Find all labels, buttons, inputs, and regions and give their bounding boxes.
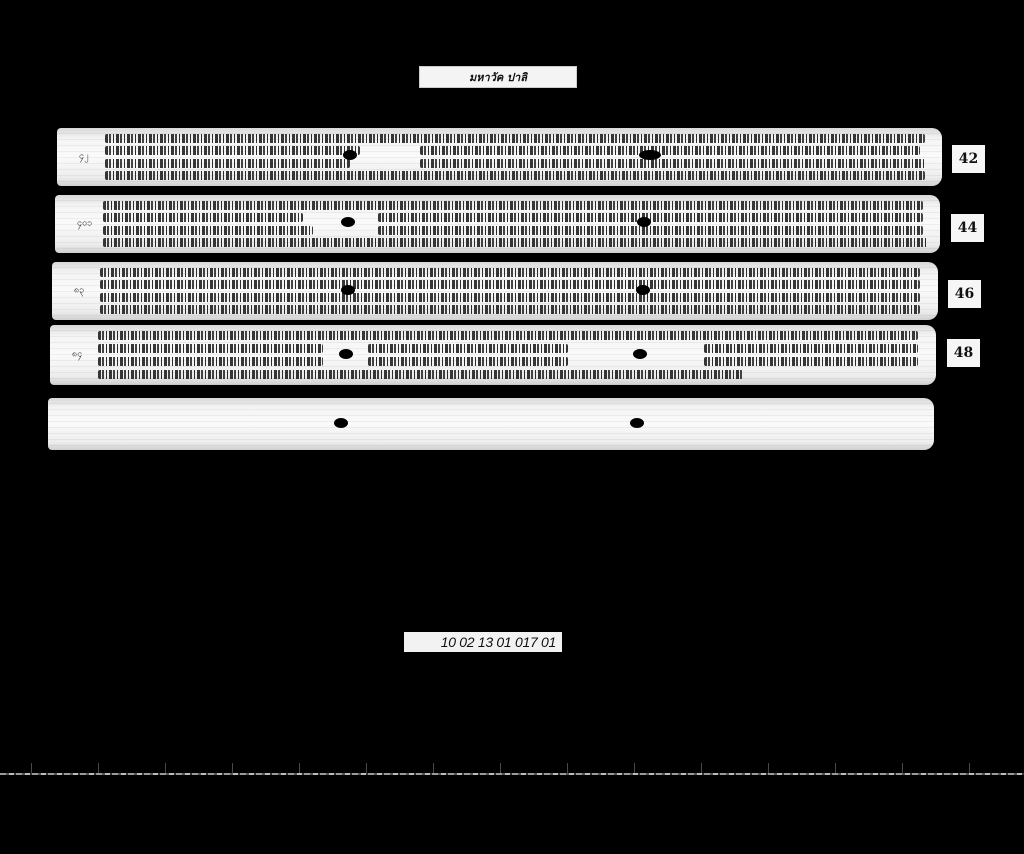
leaf-text-lines (105, 132, 926, 182)
palm-leaf-1: ၄၂ (57, 128, 942, 186)
string-hole (334, 418, 348, 428)
string-hole (637, 217, 651, 227)
page-number-tag: 44 (951, 214, 984, 242)
title-text: มหาวัค ปาลิ (469, 68, 527, 86)
string-hole (339, 349, 353, 359)
identifier-text: 10 02 13 01 017 01 (441, 634, 556, 650)
palm-leaf-5-blank (48, 398, 934, 450)
page-number-tag: 42 (952, 145, 985, 173)
leaf-margin-number: ၄၂ (79, 151, 88, 164)
leaf-margin-number: ၄၀၁ (77, 218, 92, 231)
string-hole (341, 217, 355, 227)
manuscript-title-label: มหาวัค ปาลิ (419, 66, 577, 88)
string-hole (341, 285, 355, 295)
string-hole (630, 418, 644, 428)
film-edge-ticks (0, 763, 1024, 773)
string-hole (636, 285, 650, 295)
microfilm-identifier-label: 10 02 13 01 017 01 (404, 632, 562, 652)
page-number-tag: 46 (948, 280, 981, 308)
leaf-text-lines (98, 329, 920, 381)
palm-leaf-3: ၈၃ (52, 262, 938, 320)
page-number-tag: 48 (947, 339, 980, 367)
leaf-text-lines (103, 199, 924, 249)
string-hole (639, 150, 661, 160)
film-edge-line (0, 773, 1024, 775)
leaf-margin-number: ၈၃ (74, 285, 84, 298)
string-hole (343, 150, 357, 160)
palm-leaf-2: ၄၀၁ (55, 195, 940, 253)
leaf-text-lines (100, 266, 922, 316)
palm-leaf-4: ၈၄ (50, 325, 936, 385)
string-hole (633, 349, 647, 359)
leaf-margin-number: ၈၄ (72, 349, 82, 362)
